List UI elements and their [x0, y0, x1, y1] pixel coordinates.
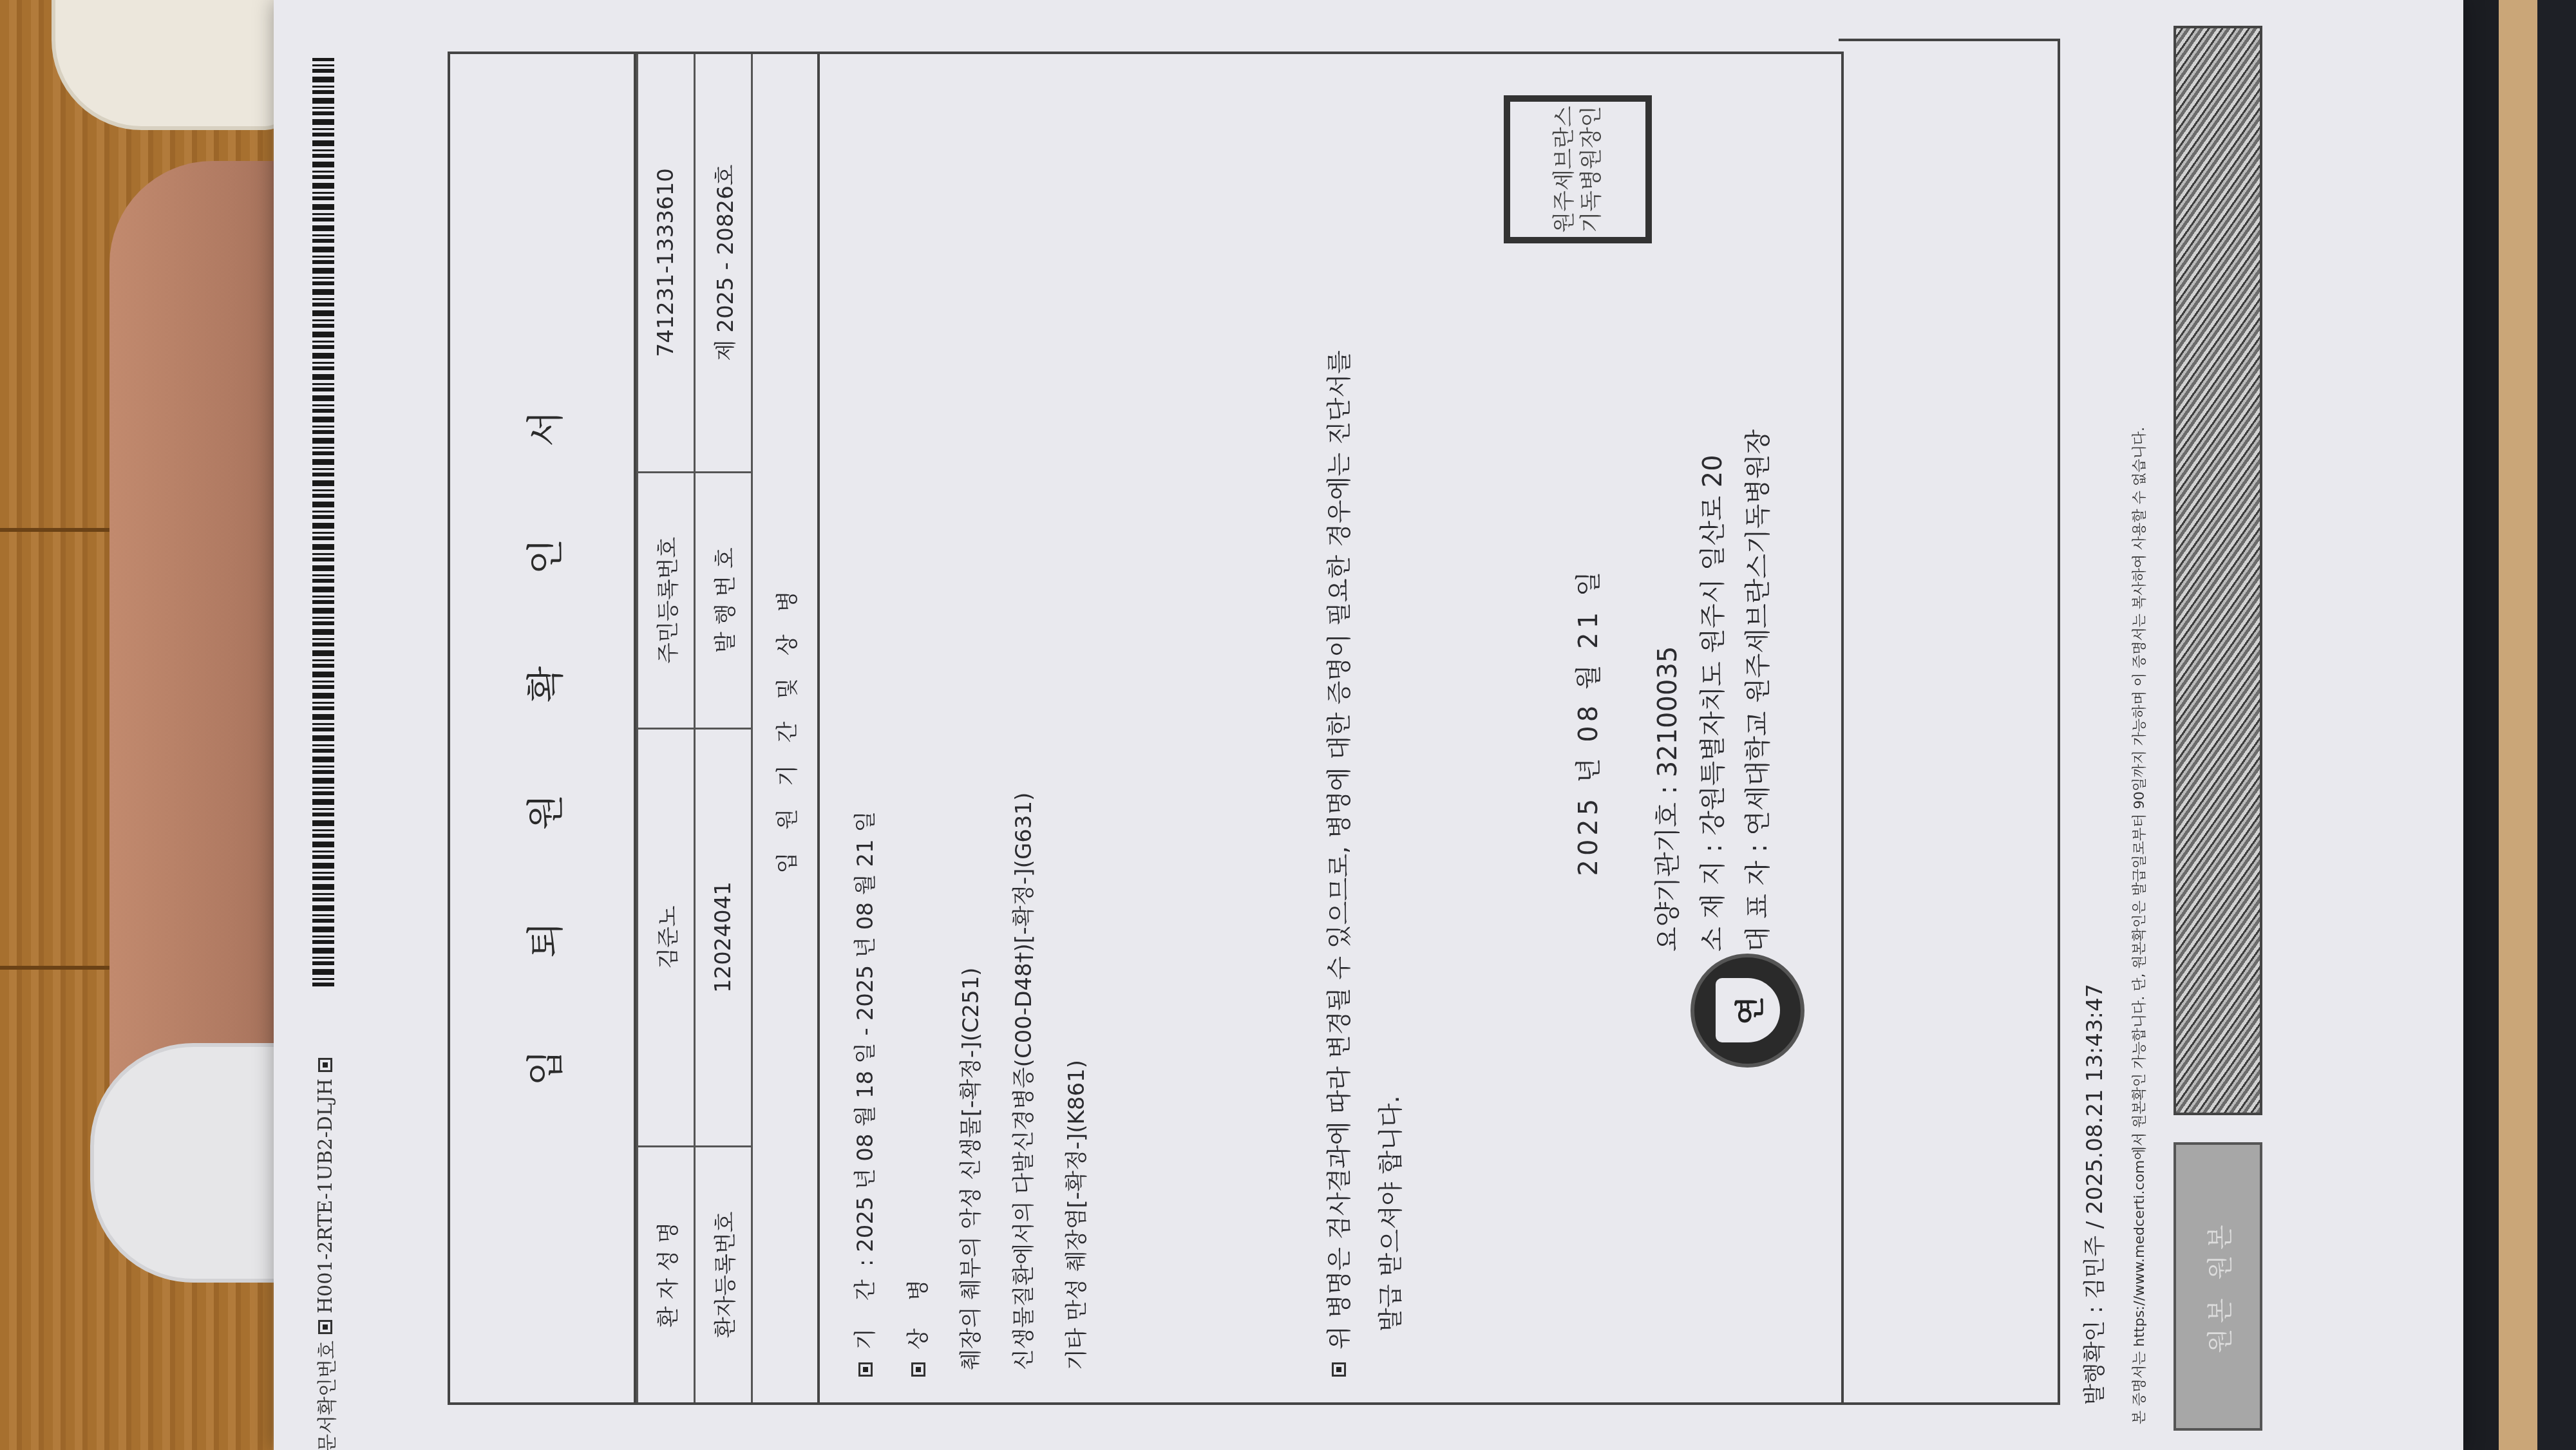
square-bullet-icon [1332, 1362, 1346, 1377]
disclaimer-note: 위 병명은 검사결과에 따라 변경될 수 있으므로, 병명에 대한 증명이 필요… [1313, 80, 1416, 1377]
diagnosis-item: 신생물질환에서의 다발신경병증(C00-D48†)[-확정-](G631) [998, 80, 1050, 1377]
diagnosis-item: 췌장의 췌부의 악성 신생물[-확정-](C251) [945, 80, 998, 1377]
section-heading: 입 원 기 간 및 상 병 [753, 54, 820, 1402]
verification-label: 문서확인번호 [311, 1341, 339, 1450]
striped-fabric-background [2460, 0, 2576, 1450]
square-bullet-icon [318, 1320, 332, 1334]
verification-code: H001-2RTE-1UB2-DLJH [314, 1078, 337, 1313]
hospital-info: 요양기관기호 : 32100035 소 재 지 : 강원특별자치도 원주시 일산… [1645, 429, 1781, 952]
original-watermark: 원본 원본 [2173, 1142, 2262, 1431]
square-bullet-icon [318, 1058, 332, 1072]
barcode [312, 58, 334, 986]
issue-number-value: 제 2025 - 20826호 [695, 54, 752, 472]
patient-name-label: 환 자 성 명 [638, 1146, 695, 1402]
document-title: 입 퇴 원 확 인 서 [515, 371, 569, 1086]
verification-code-row: 문서확인번호 H001-2RTE-1UB2-DLJH [312, 1058, 338, 1450]
hospital-representative: 대 표 자 : 연세대학교 원주세브란스기독병원장 [1736, 429, 1781, 952]
table-row: 환자등록번호 12024041 발 행 번 호 제 2025 - 20826호 [695, 54, 752, 1402]
period-value: : 2025 년 08 월 18 일 - 2025 년 08 월 21 일 [839, 811, 892, 1266]
anti-copy-pattern [2173, 26, 2262, 1115]
period-label: 기 간 [839, 1279, 892, 1350]
slipper-background [90, 1043, 291, 1283]
patient-reg-label: 환자등록번호 [695, 1146, 752, 1402]
square-bullet-icon [911, 1362, 925, 1377]
rrn-value: 741231-1333610 [638, 54, 695, 472]
square-bullet-icon [858, 1362, 873, 1377]
diagnosis-item: 기타 만성 췌장염[-확정-](K861) [1050, 80, 1103, 1377]
period-row: 기 간 : 2025 년 08 월 18 일 - 2025 년 08 월 21 … [839, 80, 892, 1377]
diagnosis-body: 기 간 : 2025 년 08 월 18 일 - 2025 년 08 월 21 … [820, 54, 1122, 1402]
certificate-verification-note: 본 증명서는 https://www.medcerti.com에서 원본확인 가… [2128, 427, 2148, 1424]
hospital-address: 소 재 지 : 강원특별자치도 원주시 일산로 20 [1690, 429, 1736, 952]
issue-number-label: 발 행 번 호 [695, 472, 752, 728]
note-line-2: 발급 받으셔야 합니다. [1365, 80, 1416, 1377]
note-line-1: 위 병명은 검사결과에 따라 변경될 수 있으므로, 병명에 대한 증명이 필요… [1313, 350, 1365, 1350]
slipper-background [52, 0, 291, 130]
institution-code: 요양기관기호 : 32100035 [1645, 429, 1690, 952]
rrn-label: 주민등록번호 [638, 472, 695, 728]
issuer-confirmation: 발행확인 : 김민주 / 2025.08.21 13:43:47 [2077, 984, 2108, 1405]
signature-frame: 2025 년 08 월 21 일 연 요양기관기호 : 32100035 소 재… [1839, 39, 2060, 1405]
patient-reg-value: 12024041 [695, 728, 752, 1146]
certificate-frame: 입 퇴 원 확 인 서 환 자 성 명 김준노 주민등록번호 741231-13… [448, 52, 1844, 1405]
issue-date: 2025 년 08 월 21 일 [1568, 41, 1605, 1402]
university-emblem-icon: 연 [1690, 954, 1804, 1068]
document-paper: 문서확인번호 H001-2RTE-1UB2-DLJH 입 퇴 원 확 인 서 환… [274, 0, 2463, 1450]
table-row: 환 자 성 명 김준노 주민등록번호 741231-1333610 [638, 54, 695, 1402]
patient-name-value: 김준노 [638, 728, 695, 1146]
diagnosis-label: 상 병 [892, 1279, 945, 1350]
title-row: 입 퇴 원 확 인 서 [450, 54, 636, 1402]
diagnosis-header-row: 상 병 [892, 80, 945, 1377]
patient-info-table: 환 자 성 명 김준노 주민등록번호 741231-1333610 환자등록번호… [636, 54, 753, 1402]
official-seal-stamp-icon: 원주세브란스기독병원장인 [1504, 95, 1652, 243]
